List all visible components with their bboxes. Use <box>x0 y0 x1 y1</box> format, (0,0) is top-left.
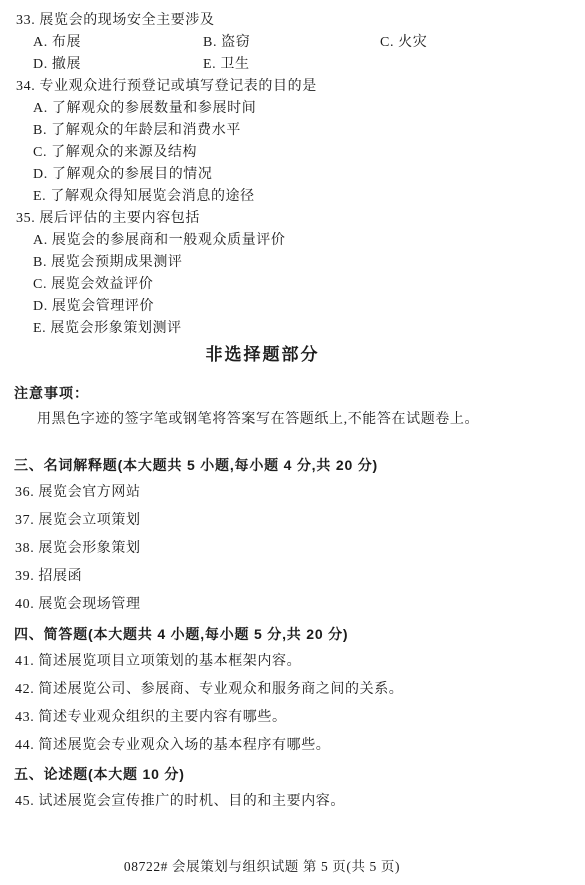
option-35-c: C. 展览会效益评价 <box>0 274 585 296</box>
option-34-a: A. 了解观众的参展数量和参展时间 <box>0 98 585 120</box>
option-35-a: A. 展览会的参展商和一般观众质量评价 <box>0 230 585 252</box>
term-item-39: 39. 招展函 <box>15 563 585 591</box>
option-34-b: B. 了解观众的年龄层和消费水平 <box>0 120 585 142</box>
section5-heading: 五、论述题(本大题 10 分) <box>14 764 185 784</box>
section5-items: 45. 试述展览会宣传推广的时机、目的和主要内容。 <box>15 788 585 816</box>
section3-items: 36. 展览会官方网站 37. 展览会立项策划 38. 展览会形象策划 39. … <box>15 479 585 619</box>
option-33-e: E. 卫生 <box>203 54 380 76</box>
multiple-choice-section: 33. 展览会的现场安全主要涉及 A. 布展 B. 盗窃 C. 火灾 D. 撤展… <box>0 10 585 340</box>
short-answer-item-43: 43. 简述专业观众组织的主要内容有哪些。 <box>15 704 585 732</box>
non-choice-part-heading: 非选择题部分 <box>15 340 510 365</box>
option-33-a: A. 布展 <box>33 32 203 54</box>
question-33-options-row1: A. 布展 B. 盗窃 C. 火灾 <box>0 32 585 54</box>
section4-heading: 四、简答题(本大题共 4 小题,每小题 5 分,共 20 分) <box>14 624 348 644</box>
essay-item-45: 45. 试述展览会宣传推广的时机、目的和主要内容。 <box>15 788 585 816</box>
short-answer-item-41: 41. 简述展览项目立项策划的基本框架内容。 <box>15 648 585 676</box>
option-33-b: B. 盗窃 <box>203 32 380 54</box>
option-35-e: E. 展览会形象策划测评 <box>0 318 585 340</box>
question-33: 33. 展览会的现场安全主要涉及 <box>0 10 585 32</box>
exam-paper-page: 33. 展览会的现场安全主要涉及 A. 布展 B. 盗窃 C. 火灾 D. 撤展… <box>0 0 585 885</box>
option-35-d: D. 展览会管理评价 <box>0 296 585 318</box>
question-35: 35. 展后评估的主要内容包括 <box>0 208 585 230</box>
term-item-40: 40. 展览会现场管理 <box>15 591 585 619</box>
option-35-b: B. 展览会预期成果测评 <box>0 252 585 274</box>
option-34-e: E. 了解观众得知展览会消息的途径 <box>0 186 585 208</box>
option-33-c: C. 火灾 <box>380 32 427 54</box>
term-item-36: 36. 展览会官方网站 <box>15 479 585 507</box>
question-33-options-row2: D. 撤展 E. 卫生 <box>0 54 585 76</box>
short-answer-item-44: 44. 简述展览会专业观众入场的基本程序有哪些。 <box>15 732 585 760</box>
short-answer-item-42: 42. 简述展览公司、参展商、专业观众和服务商之间的关系。 <box>15 676 585 704</box>
question-34: 34. 专业观众进行预登记或填写登记表的目的是 <box>0 76 585 98</box>
section4-items: 41. 简述展览项目立项策划的基本框架内容。 42. 简述展览公司、参展商、专业… <box>15 648 585 760</box>
term-item-38: 38. 展览会形象策划 <box>15 535 585 563</box>
page-footer: 08722# 会展策划与组织试题 第 5 页(共 5 页) <box>0 855 524 875</box>
option-34-d: D. 了解观众的参展目的情况 <box>0 164 585 186</box>
notice-text: 用黑色字迹的签字笔或钢笔将答案写在答题纸上,不能答在试题卷上。 <box>37 408 479 428</box>
notice-title: 注意事项： <box>14 383 89 403</box>
section3-heading: 三、名词解释题(本大题共 5 小题,每小题 4 分,共 20 分) <box>14 455 378 475</box>
term-item-37: 37. 展览会立项策划 <box>15 507 585 535</box>
option-33-d: D. 撤展 <box>33 54 203 76</box>
option-34-c: C. 了解观众的来源及结构 <box>0 142 585 164</box>
